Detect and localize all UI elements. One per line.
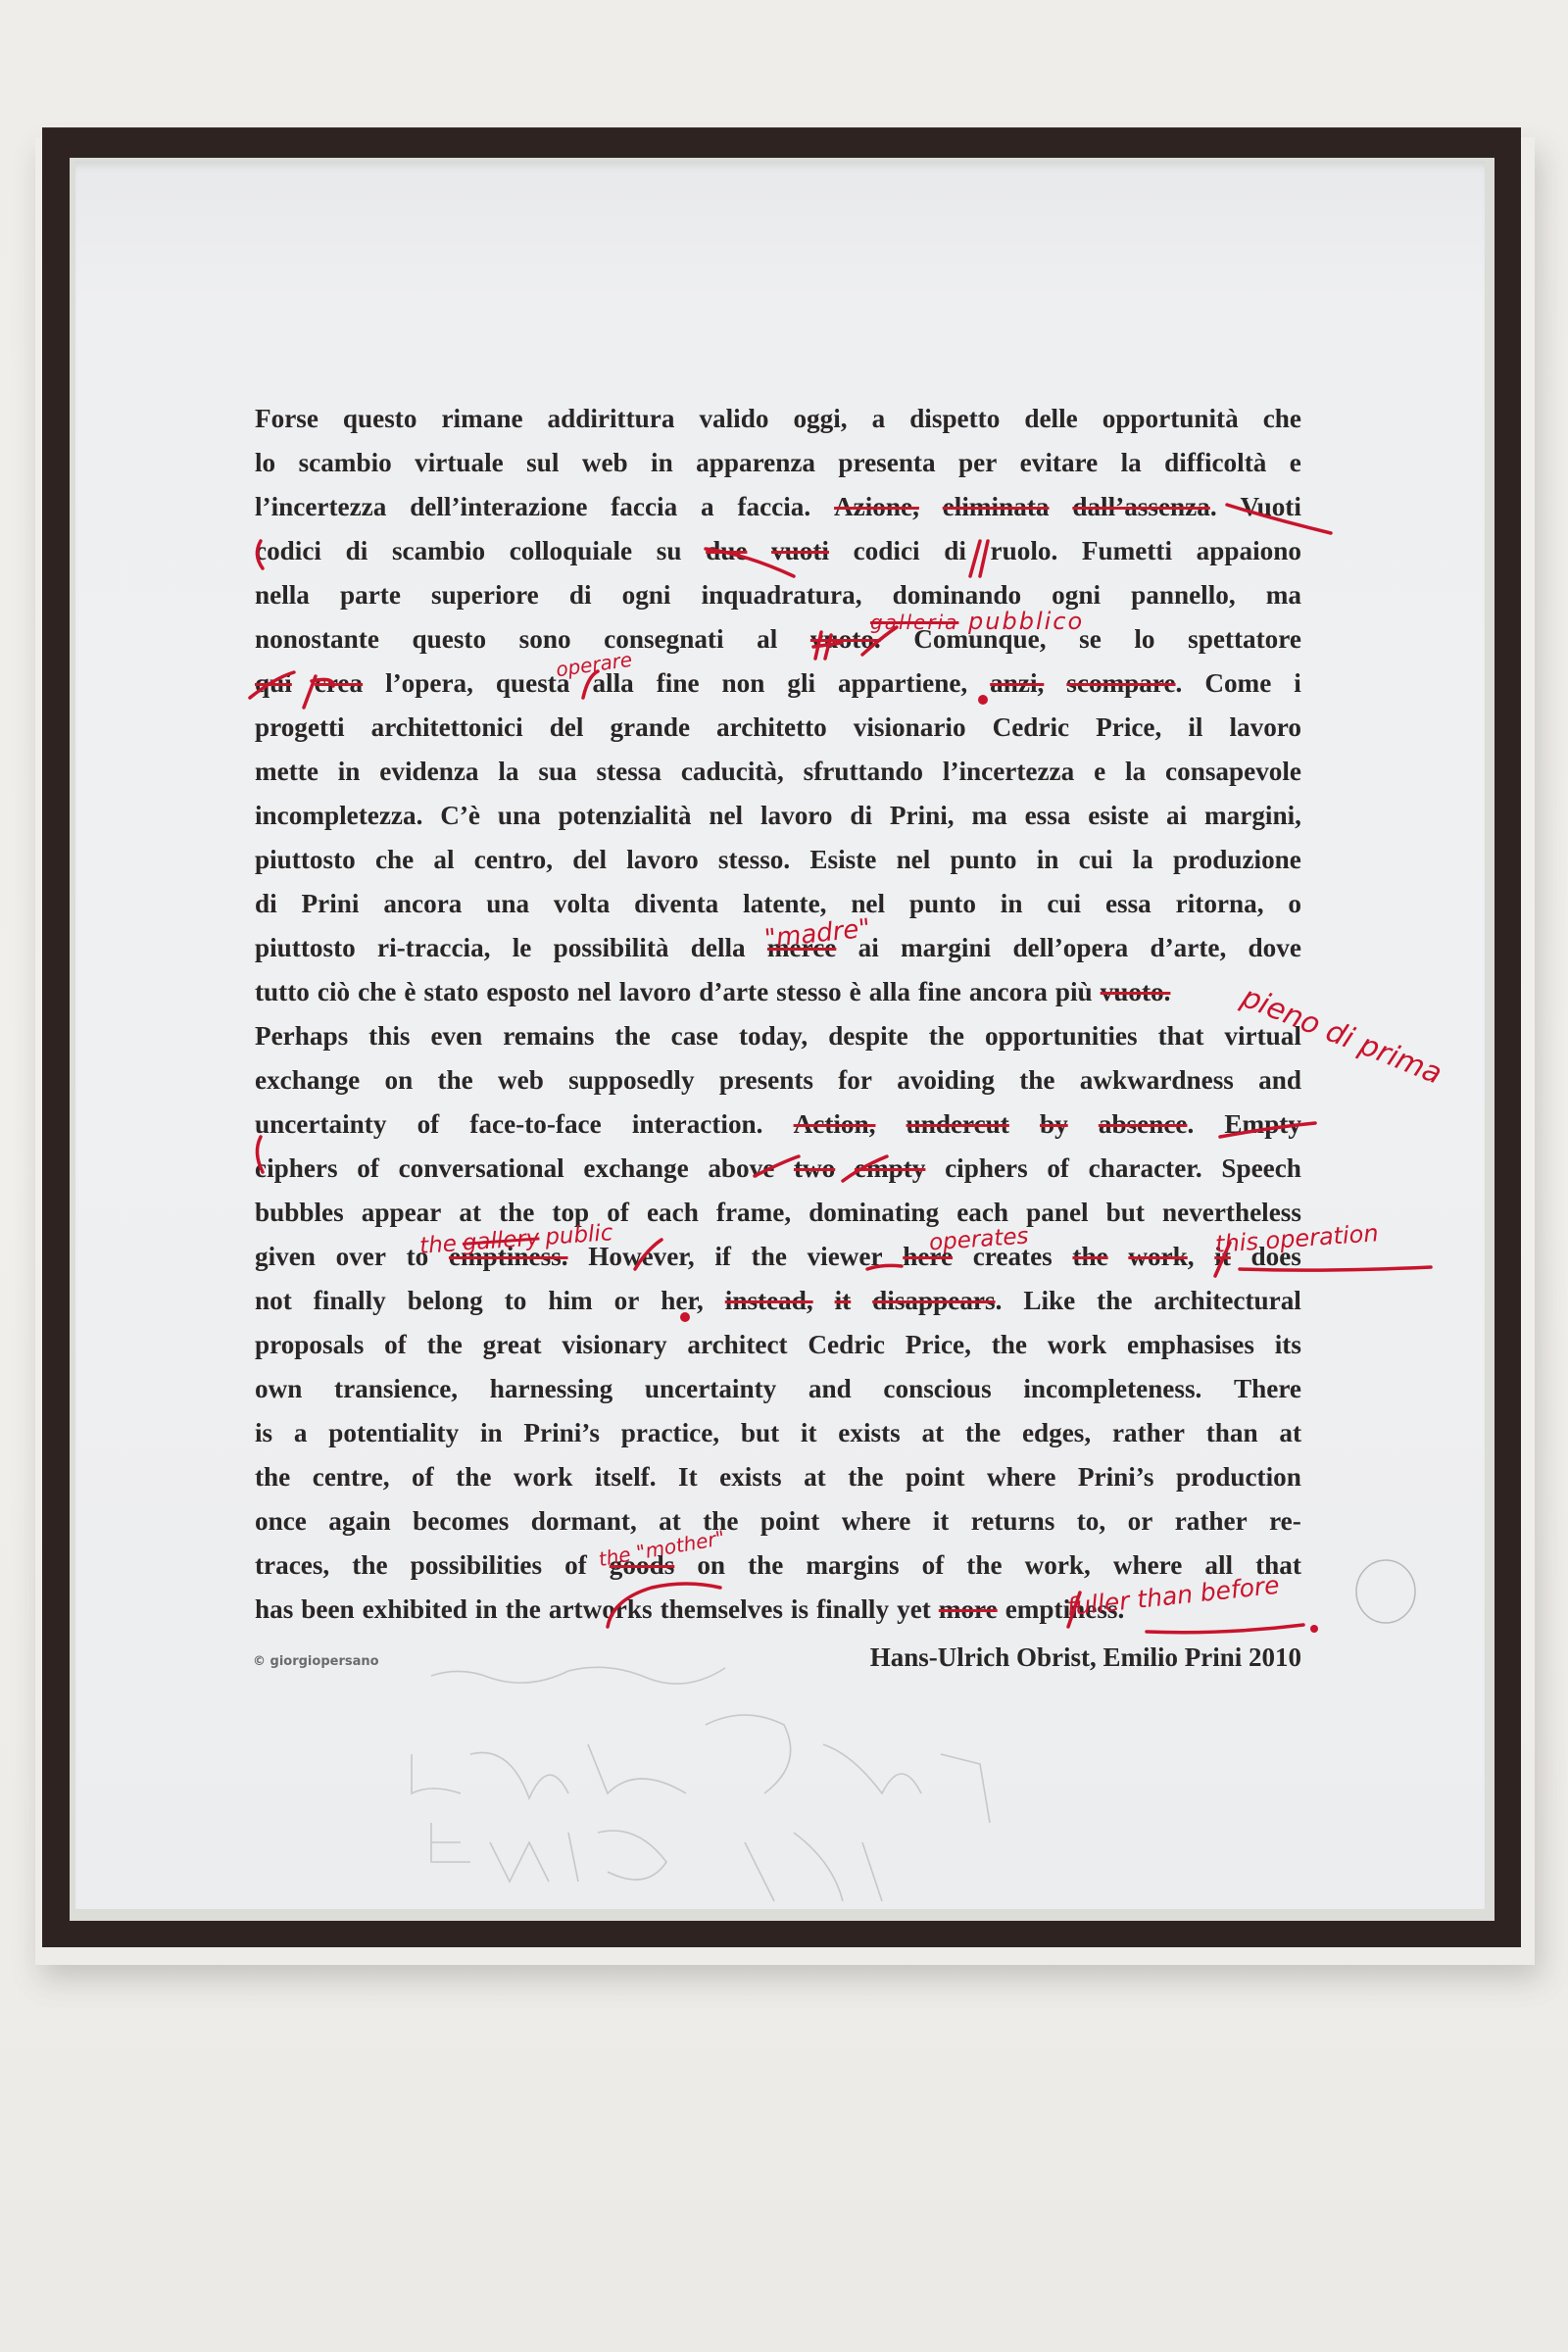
text-run: again: [328, 1506, 390, 1536]
word: point: [906, 1455, 964, 1499]
word: finally: [314, 1279, 386, 1323]
word: presenta: [838, 441, 935, 485]
word: progetti: [255, 706, 345, 750]
word: conversational: [399, 1147, 564, 1191]
word: apparenza: [696, 441, 815, 485]
text-run: artworks: [549, 1594, 653, 1624]
word: l’incertezza: [943, 750, 1074, 794]
word: opportunità: [1102, 397, 1239, 441]
struck-text: disappears: [872, 1286, 995, 1315]
word: l’incertezza: [255, 485, 386, 529]
word: web: [498, 1058, 544, 1102]
word: at: [1279, 1411, 1301, 1455]
text-run: e: [1094, 757, 1105, 786]
text-run: Speech: [1221, 1153, 1301, 1183]
text-run: la: [1133, 845, 1153, 874]
struck-text: work: [1128, 1242, 1187, 1271]
text-run: exhibited: [363, 1594, 467, 1624]
text-run: the: [966, 1550, 1002, 1580]
text-run: ogni: [1052, 580, 1101, 610]
text-run: del: [572, 845, 607, 874]
text-run: ruolo.: [991, 536, 1058, 565]
text-run: itself.: [595, 1462, 657, 1492]
text-run: exchange: [583, 1153, 688, 1183]
text-run: work: [1048, 1330, 1106, 1359]
word: crea: [315, 661, 363, 706]
text-run: presenta: [838, 448, 935, 477]
word: questo: [413, 617, 487, 661]
text-run: di: [850, 801, 872, 830]
word: dispetto: [909, 397, 1000, 441]
word: ancora: [383, 882, 462, 926]
word: spettatore: [1188, 617, 1301, 661]
text-run: .: [1176, 668, 1183, 698]
word: cui: [1079, 838, 1113, 882]
text-run: l’opera,: [385, 668, 473, 698]
word: stesso: [776, 970, 841, 1014]
text-run: the: [748, 1550, 783, 1580]
text-run: produzione: [1173, 845, 1301, 874]
text-line: incompletezza.C’èunapotenzialitànellavor…: [255, 794, 1301, 838]
text-line: bubblesappearatthetopofeachframe,dominat…: [255, 1191, 1301, 1235]
word: di: [255, 882, 277, 926]
text-run: where: [1113, 1550, 1182, 1580]
word: e: [1094, 750, 1105, 794]
word: once: [255, 1499, 307, 1543]
word: oggi,: [793, 397, 847, 441]
word: sfruttando: [804, 750, 923, 794]
text-run: ancora: [383, 889, 462, 918]
word: of: [417, 1102, 440, 1147]
word: it: [801, 1411, 817, 1455]
text-run: nella: [255, 580, 310, 610]
text-run: dormant,: [531, 1506, 637, 1536]
word: by: [1040, 1102, 1068, 1147]
word: possibilities: [411, 1543, 542, 1588]
text-run: piuttosto: [255, 933, 356, 962]
text-run: ciphers: [945, 1153, 1028, 1183]
text-run: above: [708, 1153, 774, 1183]
text-run: nevertheless: [1162, 1198, 1301, 1227]
word: in: [338, 750, 361, 794]
word: d’arte,: [1151, 926, 1227, 970]
struck-text: dall’assenza: [1072, 492, 1209, 521]
text-line: loscambiovirtualesulwebinapparenzapresen…: [255, 441, 1301, 485]
struck-text: it: [835, 1286, 852, 1315]
word: the: [752, 1235, 787, 1279]
struck-text: crea: [315, 668, 363, 698]
text-run: centre,: [313, 1462, 390, 1492]
text-line: givenovertoemptiness.However,iftheviewer…: [255, 1235, 1301, 1279]
text-run: Vuoti: [1240, 492, 1300, 521]
text-run: and: [1258, 1065, 1301, 1095]
struck-text: by: [1040, 1109, 1068, 1139]
text-line: nonostantequestosonoconsegnatialvuoto.Co…: [255, 617, 1301, 661]
word: than: [1206, 1411, 1258, 1455]
text-run: mette: [255, 757, 318, 786]
text-line: tuttociòcheèstatoespostonellavorod’artes…: [255, 970, 1301, 1014]
text-run: uncertainty: [645, 1374, 776, 1403]
word: la: [1133, 838, 1153, 882]
text-run: margini: [901, 933, 991, 962]
text-line: piuttostochealcentro,dellavorostesso.Esi…: [255, 838, 1301, 882]
word: produzione: [1173, 838, 1301, 882]
word: il: [1188, 706, 1202, 750]
text-run: al: [757, 624, 777, 654]
word: transience,: [334, 1367, 458, 1411]
text-run: Fumetti: [1082, 536, 1172, 565]
text-run: potenzialità: [559, 801, 692, 830]
word: work: [1048, 1323, 1106, 1367]
text-run: own: [255, 1374, 302, 1403]
text-run: centro,: [474, 845, 553, 874]
word: su: [657, 529, 682, 573]
text-run: nonostante: [255, 624, 379, 654]
word: where: [987, 1455, 1055, 1499]
struck-text: undercut: [906, 1109, 1009, 1139]
word: è: [404, 970, 416, 1014]
text-run: opportunities: [985, 1021, 1138, 1051]
word: volta: [554, 882, 610, 926]
word: che: [375, 838, 414, 882]
word: ciphers: [255, 1147, 338, 1191]
word: emphasises: [1127, 1323, 1254, 1367]
word: It: [678, 1455, 698, 1499]
word: own: [255, 1367, 302, 1411]
word: artworks: [549, 1588, 653, 1632]
text-line: Perhapsthisevenremainsthecasetoday,despi…: [255, 1014, 1301, 1058]
word: stessa: [597, 750, 661, 794]
text-run: finally: [314, 1286, 386, 1315]
word: vuoto.: [1101, 970, 1171, 1014]
text-run: of: [417, 1109, 440, 1139]
annotation-pubblico: galleria pubblico: [870, 608, 1084, 635]
word: più: [1055, 970, 1093, 1014]
struck-text: anzi,: [990, 668, 1044, 698]
text-run: uncertainty: [255, 1109, 386, 1139]
text-run: at: [922, 1418, 945, 1447]
text-run: work,: [1025, 1550, 1091, 1580]
word: potenzialità: [559, 794, 692, 838]
text-run: codici: [854, 536, 920, 565]
word: rather: [1175, 1499, 1248, 1543]
word: a: [294, 1411, 308, 1455]
text-run: transience,: [334, 1374, 458, 1403]
struck-text: qui: [255, 668, 292, 698]
text-run: on: [697, 1550, 725, 1580]
text-run: potentiality: [328, 1418, 459, 1447]
word: la: [1125, 750, 1146, 794]
word: incompleteness.: [1023, 1367, 1201, 1411]
word: conscious: [883, 1367, 991, 1411]
text-run: addirittura: [548, 404, 675, 433]
word: at: [459, 1191, 481, 1235]
word: colloquiale: [510, 529, 632, 573]
text-run: this: [368, 1021, 410, 1051]
word: dominating: [808, 1191, 939, 1235]
word: scambio: [392, 529, 485, 573]
text-run: evitare: [1020, 448, 1099, 477]
text-run: of: [1047, 1153, 1069, 1183]
word: due: [706, 529, 747, 573]
text-run: re-: [1269, 1506, 1301, 1536]
word: una: [486, 882, 529, 926]
word: faccia.: [737, 485, 810, 529]
word: centre,: [313, 1455, 390, 1499]
text-run: but: [1106, 1198, 1145, 1227]
word: scompare.: [1066, 661, 1182, 706]
text-run: the: [848, 1462, 883, 1492]
text-run: Forse: [255, 404, 318, 433]
word: Cedric: [808, 1323, 885, 1367]
text-run: C’è: [440, 801, 480, 830]
text-run: spettatore: [1188, 624, 1301, 654]
text-run: edges,: [1022, 1418, 1091, 1447]
text-run: che: [1263, 404, 1301, 433]
word: point: [760, 1499, 819, 1543]
word: has: [255, 1588, 293, 1632]
word: centro,: [474, 838, 553, 882]
word: frame,: [716, 1191, 791, 1235]
word: the: [966, 1543, 1002, 1588]
text-run: great: [483, 1330, 542, 1359]
annotated-text-body: Forsequestorimaneaddiritturavalidooggi,a…: [255, 397, 1301, 1632]
word: not: [255, 1279, 292, 1323]
word: codici: [854, 529, 920, 573]
text-run: the: [992, 1330, 1027, 1359]
text-run: face-to-face: [469, 1109, 601, 1139]
word: the: [456, 1455, 491, 1499]
word: exists: [719, 1455, 781, 1499]
word: lavoro: [619, 970, 692, 1014]
word: lavoro: [1229, 706, 1301, 750]
text-run: esiste: [1088, 801, 1149, 830]
text-run: o: [1288, 889, 1301, 918]
text-run: appear: [362, 1198, 442, 1227]
text-run: volta: [554, 889, 610, 918]
word: caducità,: [681, 750, 784, 794]
word: C’è: [440, 794, 480, 838]
text-run: su: [657, 536, 682, 565]
word: parte: [340, 573, 401, 617]
text-run: yet: [897, 1594, 931, 1624]
text-run: scambio: [392, 536, 485, 565]
text-run: in: [480, 1418, 503, 1447]
text-run: incompletezza.: [255, 801, 422, 830]
word: practice,: [621, 1411, 719, 1455]
text-run: if: [714, 1242, 731, 1271]
struck-text: vuoti: [771, 536, 829, 565]
word: Perhaps: [255, 1014, 348, 1058]
word: again: [328, 1499, 390, 1543]
text-run: that: [1158, 1021, 1204, 1051]
text-run: Esiste: [809, 845, 876, 874]
text-run: architect: [687, 1330, 787, 1359]
word: visionario: [854, 706, 966, 750]
word: di: [569, 573, 592, 617]
text-run: gli: [787, 668, 815, 698]
text-run: Prini,: [890, 801, 955, 830]
text-run: le: [513, 933, 532, 962]
word: piuttosto: [255, 838, 356, 882]
text-run: la: [1125, 757, 1146, 786]
text-run: inquadratura,: [702, 580, 862, 610]
text-run: ri-traccia,: [377, 933, 490, 962]
text-run: of: [564, 1550, 587, 1580]
word: appaiono: [1197, 529, 1301, 573]
word: empty: [855, 1147, 925, 1191]
word: ri-traccia,: [377, 926, 490, 970]
word: themselves: [661, 1588, 783, 1632]
word: per: [958, 441, 997, 485]
text-run: rimane: [441, 404, 522, 433]
text-run: di: [569, 580, 592, 610]
text-run: in: [1037, 845, 1059, 874]
text-run: l’incertezza: [255, 492, 386, 521]
text-run: belong: [408, 1286, 483, 1315]
text-run: non: [722, 668, 765, 698]
text-run: proposals: [255, 1330, 364, 1359]
text-run: evidenza: [379, 757, 478, 786]
text-line: metteinevidenzalasuastessacaducità,sfrut…: [255, 750, 1301, 794]
word: dell’opera: [1012, 926, 1128, 970]
text-run: a: [294, 1418, 308, 1447]
text-run: exchange: [255, 1065, 360, 1095]
struck-text: more: [939, 1594, 998, 1624]
text-line: proposalsofthegreatvisionaryarchitectCed…: [255, 1323, 1301, 1367]
text-run: punto: [909, 889, 976, 918]
text-run: sono: [519, 624, 571, 654]
text-run: .: [1187, 1109, 1194, 1139]
word: stato: [423, 970, 478, 1014]
text-run: It: [678, 1462, 698, 1492]
word: superiore: [431, 573, 539, 617]
word: vuoti: [771, 529, 829, 573]
word: piuttosto: [255, 926, 356, 970]
word: Prini’s: [523, 1411, 600, 1455]
text-run: architetto: [716, 712, 827, 742]
text-run: stesso.: [718, 845, 790, 874]
word: or: [1128, 1499, 1153, 1543]
text-run: given: [255, 1242, 316, 1271]
word: essa: [1025, 794, 1071, 838]
text-run: the: [506, 1594, 541, 1624]
word: face-to-face: [469, 1102, 601, 1147]
text-run: nel: [577, 977, 612, 1006]
text-run: stesso: [776, 977, 841, 1006]
text-run: possibilità: [554, 933, 669, 962]
word: virtuale: [415, 441, 504, 485]
word: the: [748, 1543, 783, 1588]
text-run: and: [808, 1374, 852, 1403]
word: traces,: [255, 1543, 329, 1588]
word: Price,: [906, 1323, 971, 1367]
word: diventa: [634, 882, 718, 926]
text-run: conversational: [399, 1153, 564, 1183]
text-run: virtuale: [415, 448, 504, 477]
word: una: [498, 794, 541, 838]
text-run: Like: [1023, 1286, 1075, 1315]
text-run: fine: [657, 668, 700, 698]
text-line: nellapartesuperiorediogniinquadratura,do…: [255, 573, 1301, 617]
word: at: [922, 1411, 945, 1455]
text-run: l’incertezza: [943, 757, 1074, 786]
text-run: the: [1019, 1065, 1054, 1095]
word: and: [1258, 1058, 1301, 1102]
word: margini,: [1204, 794, 1301, 838]
text-run: piuttosto: [255, 845, 356, 874]
text-run: d’arte: [699, 977, 768, 1006]
word: work,: [1025, 1543, 1091, 1588]
word: consapevole: [1165, 750, 1301, 794]
text-run: la: [1121, 448, 1142, 477]
word: its: [1275, 1323, 1301, 1367]
word: rimane: [441, 397, 522, 441]
word: Prini,: [890, 794, 955, 838]
text-run: at: [459, 1198, 481, 1227]
word: viewer: [808, 1235, 883, 1279]
word: che: [1263, 397, 1301, 441]
word: the: [506, 1588, 541, 1632]
text-run: dominating: [808, 1198, 939, 1227]
word: che: [358, 970, 396, 1014]
text-run: web: [582, 448, 628, 477]
word: opportunities: [985, 1014, 1138, 1058]
word: pannello,: [1131, 573, 1236, 617]
word: la: [1121, 441, 1142, 485]
word: edges,: [1022, 1411, 1091, 1455]
word: of: [922, 1543, 945, 1588]
word: the: [848, 1455, 883, 1499]
text-run: punto: [951, 845, 1017, 874]
text-run: una: [498, 801, 541, 830]
text-run: emphasises: [1127, 1330, 1254, 1359]
text-run: Prini’s: [1078, 1462, 1154, 1492]
text-run: conscious: [883, 1374, 991, 1403]
word: ogni: [622, 573, 671, 617]
word: Action,: [794, 1102, 876, 1147]
text-run: dell’opera: [1012, 933, 1128, 962]
text-run: the: [929, 1021, 964, 1051]
word: panel: [1026, 1191, 1088, 1235]
word: the: [1072, 1235, 1107, 1279]
text-run: in: [1001, 889, 1023, 918]
text-run: her,: [661, 1286, 704, 1315]
word: Like: [1023, 1279, 1075, 1323]
text-run: latente,: [743, 889, 826, 918]
word: d’arte: [699, 970, 768, 1014]
text-run: or: [1128, 1506, 1153, 1536]
text-run: themselves: [661, 1594, 783, 1624]
word: lo: [255, 441, 275, 485]
text-run: than: [1206, 1418, 1258, 1447]
text-run: or: [614, 1286, 640, 1315]
text-run: traces,: [255, 1550, 329, 1580]
text-run: Cedric: [808, 1330, 885, 1359]
word: becomes: [413, 1499, 509, 1543]
word: e: [1290, 441, 1301, 485]
word: proposals: [255, 1323, 364, 1367]
text-run: the: [965, 1418, 1001, 1447]
word: work: [514, 1455, 572, 1499]
word: ancora: [969, 970, 1048, 1014]
text-run: Prini: [302, 889, 360, 918]
word: qui: [255, 661, 292, 706]
text-run: valido: [699, 404, 768, 433]
text-run: alla: [869, 977, 910, 1006]
text-run: dove: [1249, 933, 1301, 962]
word: the: [929, 1014, 964, 1058]
